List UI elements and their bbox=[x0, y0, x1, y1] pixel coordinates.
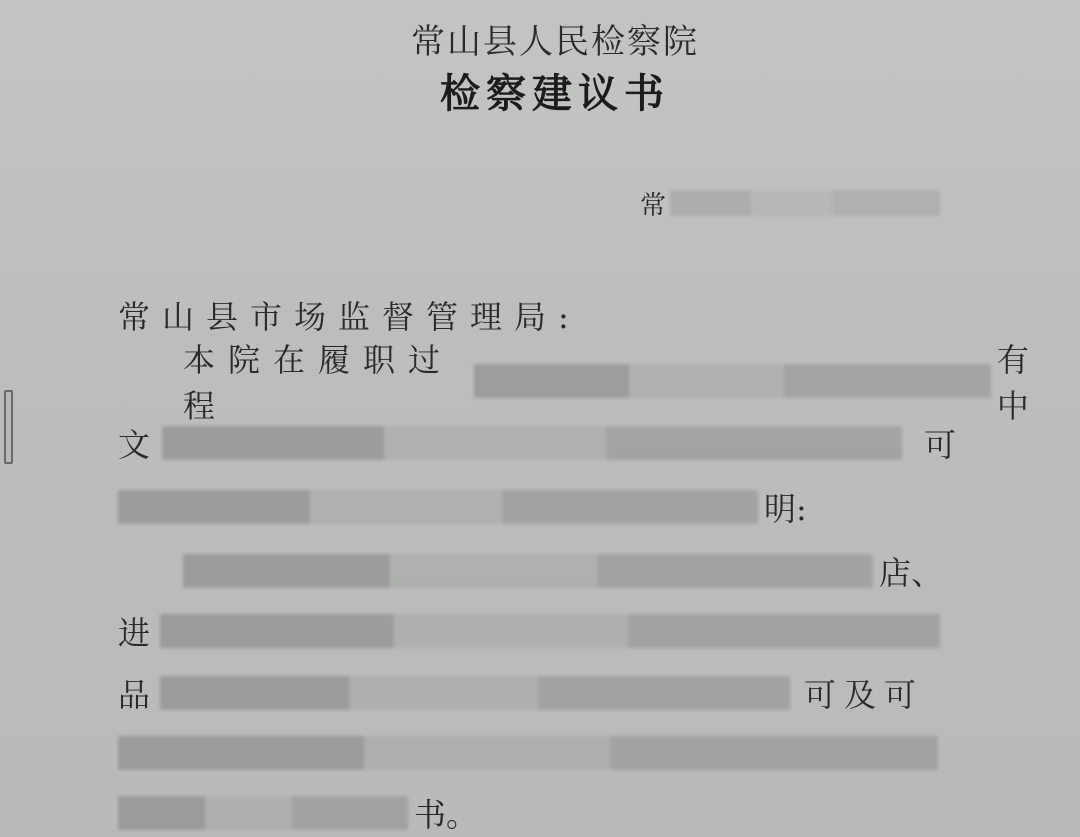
p1-line1: 本院在履职过程 有中 bbox=[183, 358, 1080, 404]
redacted-block bbox=[118, 796, 408, 830]
text-fragment: 品 bbox=[118, 670, 150, 716]
redacted-block bbox=[160, 676, 790, 710]
redacted-block bbox=[162, 426, 902, 460]
doc-number-prefix: 常 bbox=[640, 185, 666, 222]
redacted-block bbox=[474, 364, 991, 398]
text-fragment: 文 bbox=[118, 420, 150, 466]
text-fragment: 可及可 bbox=[804, 670, 924, 716]
p2-line1: 店、 bbox=[183, 548, 943, 594]
redacted-block bbox=[183, 554, 873, 588]
p2-line2: 进 bbox=[118, 608, 940, 654]
p2-line3: 品 可及可 bbox=[118, 670, 924, 716]
text-fragment: 本院在履职过程 bbox=[183, 335, 474, 427]
addressee-text: 常山县市场监督管理局: bbox=[118, 292, 581, 338]
binding-mark bbox=[4, 390, 13, 464]
redacted-block bbox=[160, 614, 940, 648]
addressee: 常山县市场监督管理局: bbox=[118, 292, 581, 338]
text-fragment: 书。 bbox=[414, 790, 478, 836]
p1-line3: 明: bbox=[118, 484, 807, 530]
text-fragment: 进 bbox=[118, 608, 150, 654]
p1-line2: 文 可 bbox=[118, 420, 956, 466]
document-number: 常 bbox=[640, 186, 940, 220]
redacted-block bbox=[670, 190, 940, 216]
text-fragment: 店、 bbox=[879, 548, 943, 594]
p2-line4 bbox=[118, 730, 938, 776]
text-fragment: 有中 bbox=[997, 335, 1080, 427]
organization-title: 常山县人民检察院 bbox=[0, 14, 1080, 63]
text-fragment: 明: bbox=[764, 484, 807, 530]
p2-line5: 书。 bbox=[118, 790, 478, 836]
document-title: 检察建议书 bbox=[0, 62, 1080, 119]
document-page: 常山县人民检察院 检察建议书 常 常山县市场监督管理局: 本院在履职过程 有中 … bbox=[0, 0, 1080, 837]
redacted-block bbox=[118, 736, 938, 770]
text-fragment: 可 bbox=[924, 420, 956, 466]
redacted-block bbox=[118, 490, 758, 524]
